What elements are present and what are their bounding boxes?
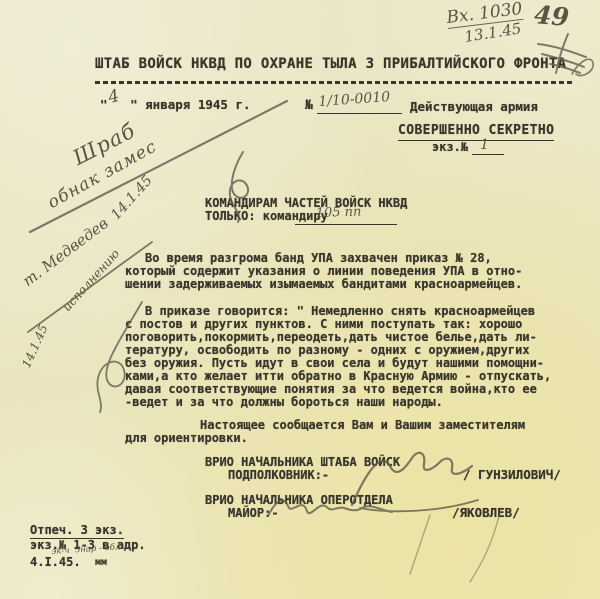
footer-date-line: 4.I.45. <box>30 556 81 569</box>
doc-number-underline <box>317 113 402 114</box>
body-line: для ориентировки. <box>125 432 248 445</box>
scanned-document-page: Вх. 1030 13.1.45 49 ШТАБ ВОЙСК НКВД ПО О… <box>0 0 600 599</box>
org-letterhead: ШТАБ ВОЙСК НКВД ПО ОХРАНЕ ТЫЛА 3 ПРИБАЛТ… <box>95 57 566 73</box>
body-line: Настоящее сообщается Вам и Вашим замести… <box>200 419 525 432</box>
signature2-name: /ЯКОВЛЕВ/ <box>452 506 520 520</box>
body-line: -ведет и за что должны бороться наши нар… <box>125 396 443 409</box>
page-number-note: 49 <box>533 0 570 32</box>
pencil-tail-2 <box>470 512 500 582</box>
signature1-rank: ПОДПОЛКОВНИК:- <box>228 469 329 482</box>
addressee-line2-label: ТОЛЬКО: командиру <box>205 210 328 223</box>
doc-number-label: № <box>305 99 313 114</box>
signature1-name: / ГУНЗИЛОВИЧ/ <box>463 468 561 482</box>
addressee-fill-underline <box>295 224 397 225</box>
body-line: шении задерживаемых изымаемых бандитами … <box>125 278 522 291</box>
signature2-rank: МАЙОР:- <box>228 507 279 520</box>
addressee-fill-value: 105 пп <box>315 204 361 221</box>
footer-typist-initials: мм <box>95 557 107 568</box>
copy-label: экз.№ <box>432 141 468 154</box>
pencil-tail-1 <box>410 515 430 574</box>
date-line: " " января 1945 г. <box>100 98 251 112</box>
pencil-squiggle-header-right <box>572 59 593 75</box>
copy-number-underline <box>472 154 504 155</box>
resolution-date: 14.1.45 <box>108 173 156 223</box>
army-note: Действующая армия <box>410 100 538 114</box>
letterhead-dashed-rule <box>95 81 572 84</box>
doc-number-value: 1/10-0010 <box>318 89 391 110</box>
margin-date-note: 14.1.45 <box>19 322 50 370</box>
secrecy-stamp: СОВЕРШЕННО СЕКРЕТНО <box>398 124 554 141</box>
copy-number-value: 1 <box>480 137 489 153</box>
